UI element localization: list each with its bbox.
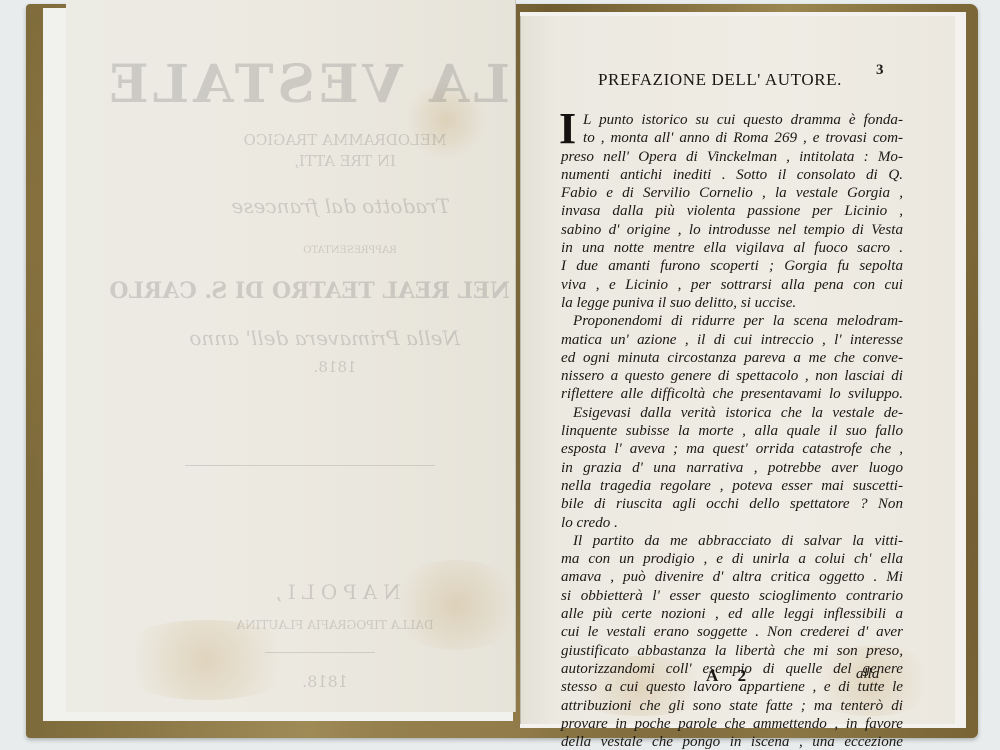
text-line: numenti antichi inediti . Sotto il conso… (561, 166, 903, 184)
text-line: giustificato abbastanza la libertà che m… (561, 642, 903, 660)
catchword: alla (856, 666, 879, 683)
text-line: L punto istorico su cui questo dramma è … (561, 111, 903, 129)
bleed-year: 1818. (290, 672, 360, 691)
bleed-city: NAPOLI, (260, 580, 410, 604)
text-line: preso nell' Opera di Vinckelman , intito… (561, 148, 903, 166)
text-line: della vestale che pongo in iscena , una … (561, 733, 903, 750)
text-line: ma con un prodigio , e di unirla a colui… (561, 550, 903, 568)
text-line: si obbietterà l' esser questo scioglimen… (561, 587, 903, 605)
text-line: nella tragedia regolare , poteva esser m… (561, 477, 903, 495)
bleed-rule-2 (265, 652, 375, 653)
bleed-title: LA VESTALE (160, 54, 510, 115)
bleed-printer: DALLA TIPOGRAFIA FLAUTINA (215, 618, 455, 632)
page-number: 3 (876, 62, 884, 79)
text-line: nissero a questo genere di spettacolo , … (561, 367, 903, 385)
text-line: alle più certe nozioni , ed alle leggi i… (561, 605, 903, 623)
text-line: viva , e Licinio , per sottrarsi alla pe… (561, 276, 903, 294)
bleed-rule-1 (185, 465, 435, 466)
text-line: attribuzioni che gli sono state fatte ; … (561, 697, 903, 715)
text-line: riflettere alle difficoltà che presentav… (561, 385, 903, 403)
text-line: amava , può divenire d' altra critica og… (561, 568, 903, 586)
text-line: in una notte mentre ella vigilava al fuo… (561, 239, 903, 257)
bleed-line-2: IN TRE ATTI, (260, 152, 430, 170)
text-line: Il partito da me abbracciato di salvar l… (561, 532, 903, 550)
text-line: bile di riuscita agli occhi dello spetta… (561, 495, 903, 513)
signature-mark: A 2 (706, 666, 754, 686)
text-line: cui le vestali erano soggette . Non cred… (561, 623, 903, 641)
text-line: lo credo . (561, 514, 903, 532)
text-line: Esigevasi dalla verità istorica che la v… (561, 404, 903, 422)
text-line: I due amanti furono scoperti ; Gorgia fu… (561, 257, 903, 275)
text-line: linquente subisse la morte , alla quale … (561, 422, 903, 440)
text-line: in grazia d' una narrativa , potrebbe av… (561, 459, 903, 477)
bleed-line-7: 1818. (300, 358, 370, 376)
bleed-line-5: NEL REAL TEATRO DI S. CARLO (160, 278, 510, 304)
bleed-line-1: MELODRAMMA TRAGICO (230, 131, 460, 149)
bleed-line-3: Tradotto dal francese (240, 194, 450, 218)
preface-body: L punto istorico su cui questo dramma è … (561, 111, 903, 750)
text-line: sabino d' origine , lo introdusse nel te… (561, 221, 903, 239)
text-line: Fabio e di Servilio Cornelio , la vestal… (561, 184, 903, 202)
text-line: matica un' azione , il di cui intreccio … (561, 331, 903, 349)
bleed-line-4: RAPPRESENTATO (250, 245, 450, 256)
bleed-line-6: Nella Primavera dell' anno (200, 326, 460, 350)
preface-heading: PREFAZIONE DELL' AUTORE. (598, 70, 842, 90)
text-line: provare in poche parole che ammettendo ,… (561, 715, 903, 733)
text-line: Proponendomi di ridurre per la scena mel… (561, 312, 903, 330)
text-line: esposta l' aveva ; ma quest' orrida cata… (561, 440, 903, 458)
text-line: ed ogni minuta circostanza pareva a me c… (561, 349, 903, 367)
text-line: to , monta all' anno di Roma 269 , e tro… (561, 129, 903, 147)
text-line: invasa dalla più violenta passione per L… (561, 202, 903, 220)
text-line: la legge puniva il suo delitto, si uccis… (561, 294, 903, 312)
